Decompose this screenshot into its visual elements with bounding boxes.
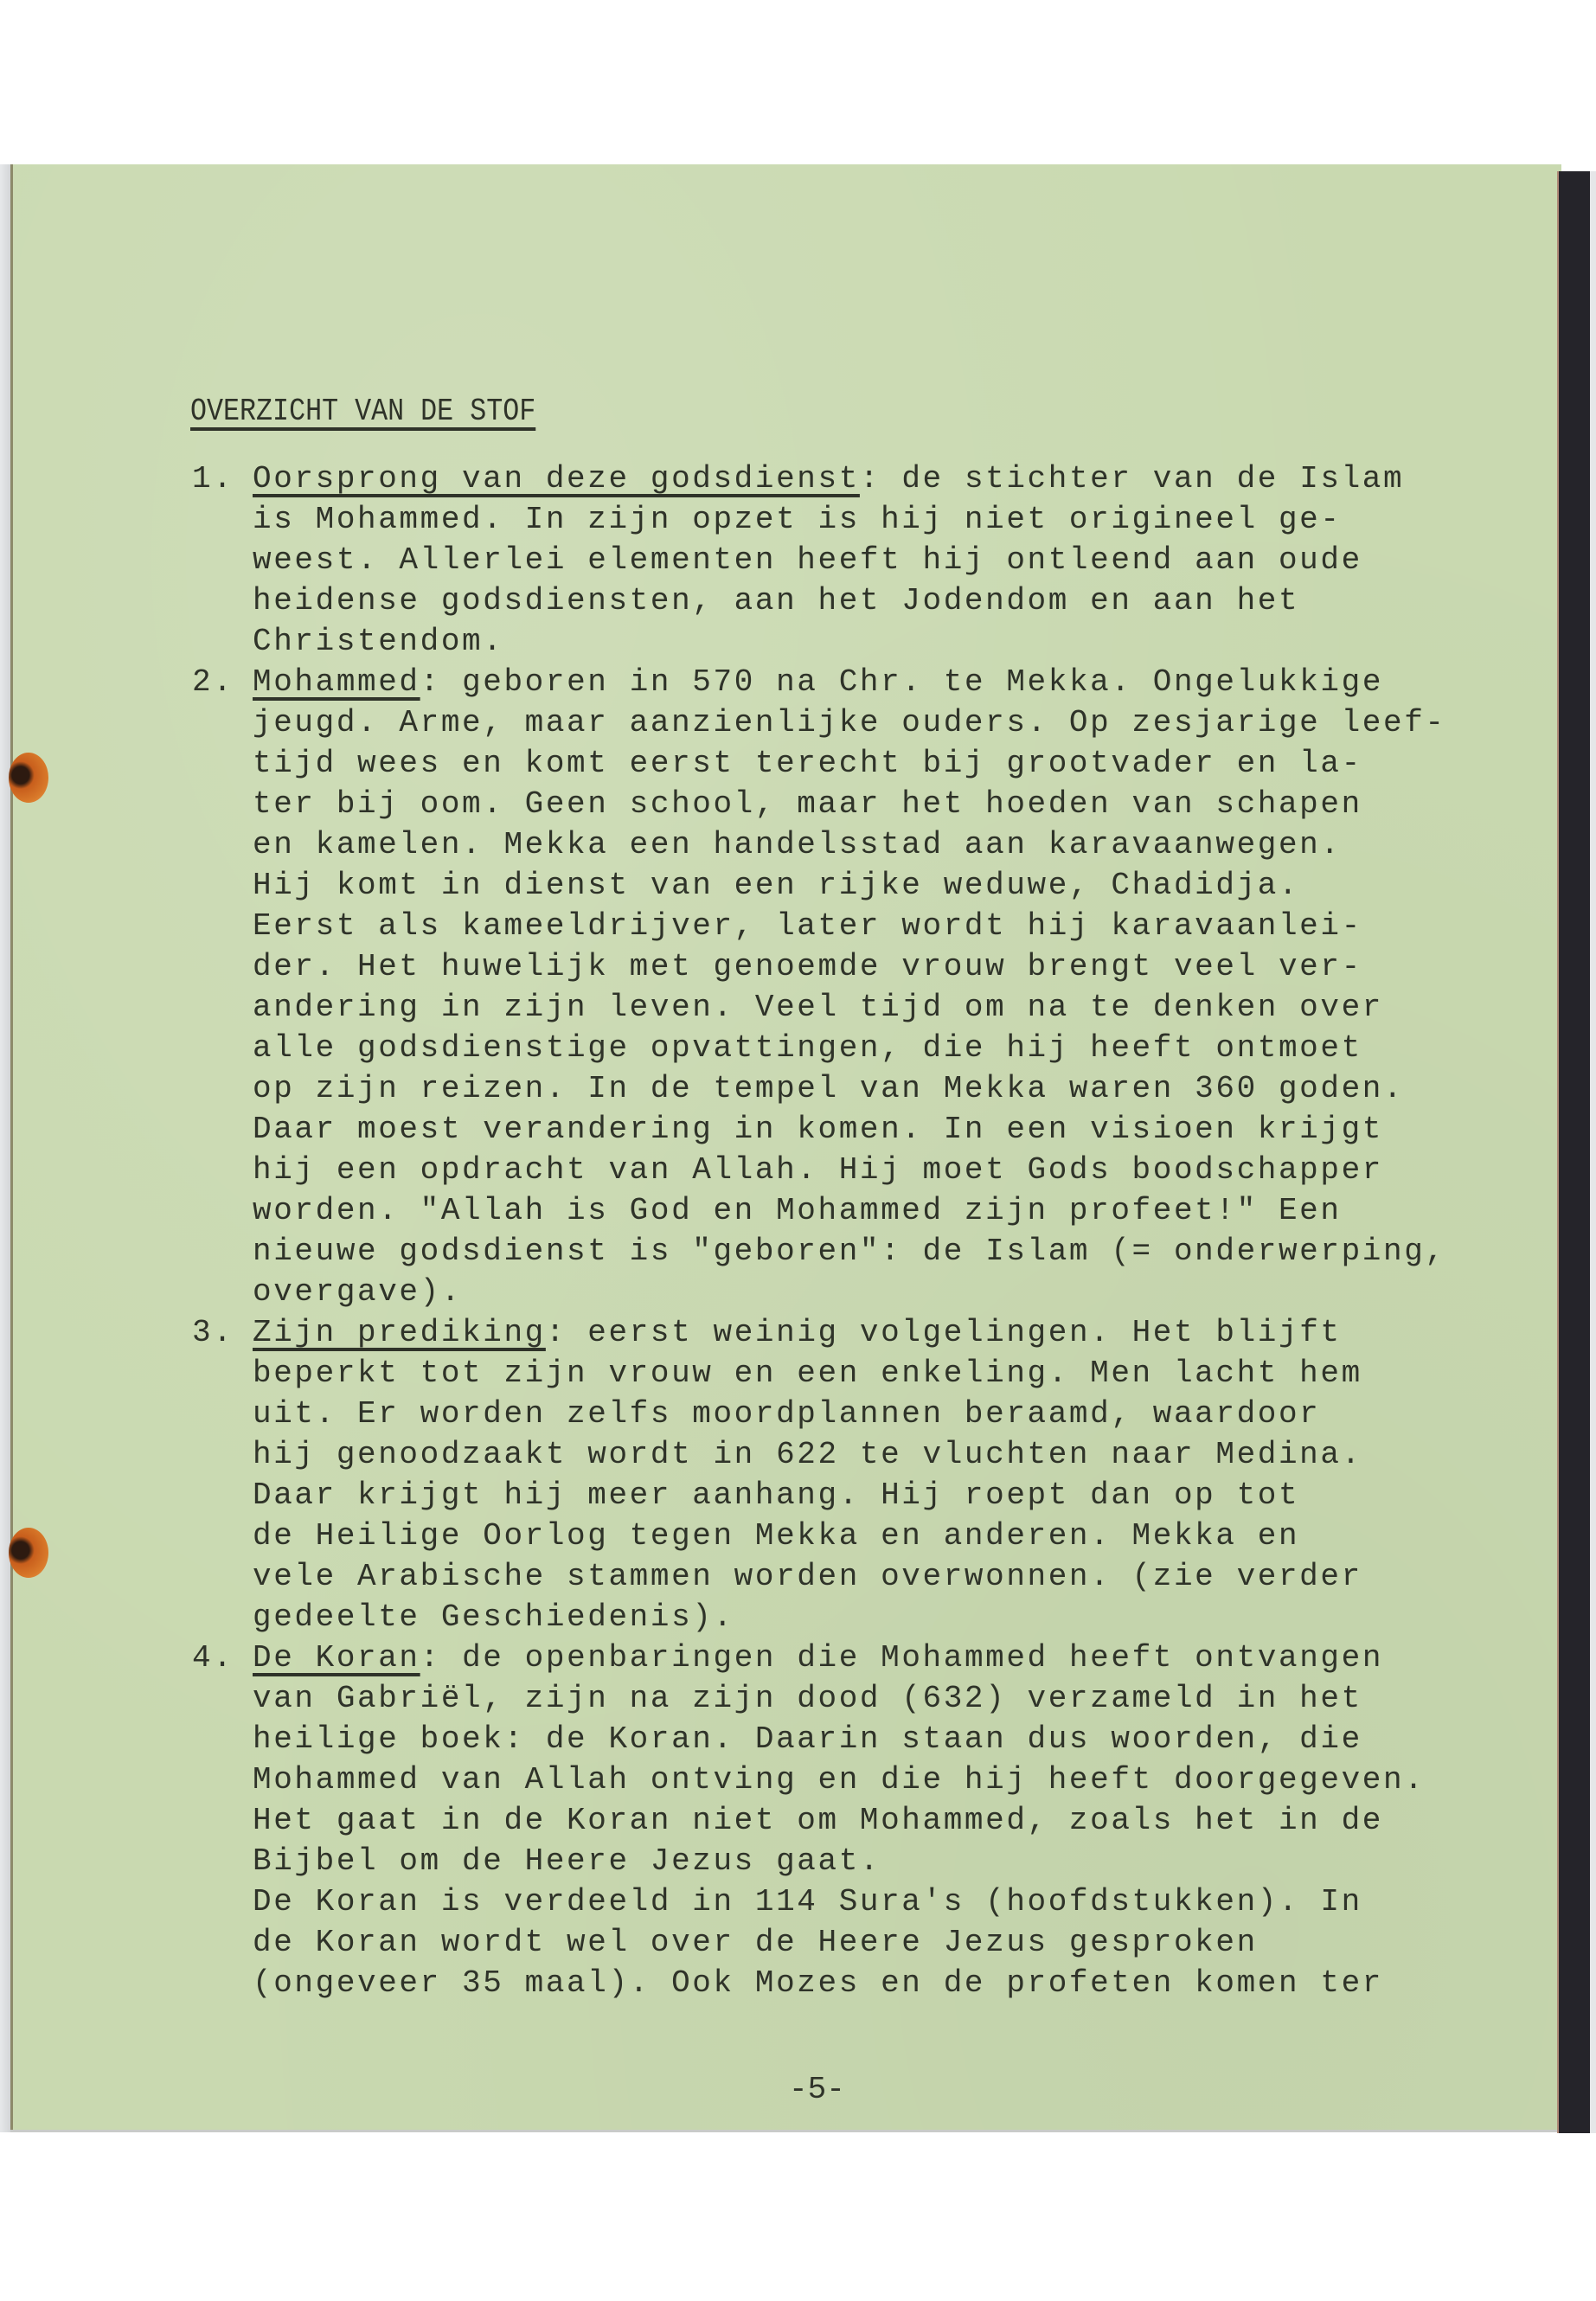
text-line-content: geboren in 570 na Chr. te Mekka. Ongeluk… (462, 664, 1383, 700)
text-line: tijd wees en komt eerst terecht bij groo… (253, 743, 1446, 784)
text-line: vele Arabische stammen worden overwonnen… (253, 1556, 1362, 1597)
text-line: is Mohammed. In zijn opzet is hij niet o… (253, 499, 1404, 540)
text-line: der. Het huwelijk met genoemde vrouw bre… (253, 946, 1446, 987)
text-line: op zijn reizen. In de tempel van Mekka w… (253, 1068, 1446, 1109)
text-line: jeugd. Arme, maar aanzienlijke ouders. O… (253, 702, 1446, 743)
text-line: Christendom. (253, 621, 1404, 662)
text-line: hij genoodzaakt wordt in 622 te vluchten… (253, 1434, 1362, 1475)
text-line: Hij komt in dienst van een rijke weduwe,… (253, 865, 1446, 906)
item-body: Zijn prediking: eerst weinig volgelingen… (253, 1312, 1362, 1638)
item-heading: Oorsprong van deze godsdienst (253, 461, 860, 497)
text-line: van Gabriël, zijn na zijn dood (632) ver… (253, 1678, 1425, 1719)
text-line: en kamelen. Mekka een handelsstad aan ka… (253, 824, 1446, 865)
text-line: ter bij oom. Geen school, maar het hoede… (253, 784, 1446, 824)
text-line: de Heilige Oorlog tegen Mekka en anderen… (253, 1516, 1362, 1556)
item-number: 2. (192, 662, 234, 702)
item-heading: Zijn prediking (253, 1315, 546, 1350)
text-line: (ongeveer 35 maal). Ook Mozes en de prof… (253, 1963, 1425, 2003)
text-line-content: de openbaringen die Mohammed heeft ontva… (462, 1640, 1383, 1676)
text-line: Het gaat in de Koran niet om Mohammed, z… (253, 1800, 1425, 1841)
text-line: andering in zijn leven. Veel tijd om na … (253, 987, 1446, 1028)
text-line: De Koran is verdeeld in 114 Sura's (hoof… (253, 1881, 1425, 1922)
scan-background-edge-right (1590, 171, 1596, 2133)
punch-hole-icon (9, 753, 48, 803)
item-heading: Mohammed (253, 664, 420, 700)
item-number: 4. (192, 1638, 234, 1678)
text-line: Mohammed: geboren in 570 na Chr. te Mekk… (253, 662, 1446, 702)
text-line: weest. Allerlei elementen heeft hij ontl… (253, 540, 1404, 580)
item-number: 3. (192, 1312, 234, 1353)
text-line: uit. Er worden zelfs moordplannen beraam… (253, 1394, 1362, 1434)
document-title: OVERZICHT VAN DE STOF (190, 391, 535, 432)
item-body: De Koran: de openbaringen die Mohammed h… (253, 1638, 1425, 2003)
item-body: Mohammed: geboren in 570 na Chr. te Mekk… (253, 662, 1446, 1312)
text-line: alle godsdienstige opvattingen, die hij … (253, 1028, 1446, 1068)
item-number: 1. (192, 458, 234, 499)
text-line: Eerst als kameeldrijver, later wordt hij… (253, 906, 1446, 946)
text-line: Oorsprong van deze godsdienst: de sticht… (253, 458, 1404, 499)
text-line: nieuwe godsdienst is "geboren": de Islam… (253, 1231, 1446, 1272)
text-line: worden. "Allah is God en Mohammed zijn p… (253, 1190, 1446, 1231)
scan-background-edge (0, 164, 10, 2132)
text-line: De Koran: de openbaringen die Mohammed h… (253, 1638, 1425, 1678)
binder-edge (1557, 171, 1592, 2133)
text-line: Daar krijgt hij meer aanhang. Hij roept … (253, 1475, 1362, 1516)
text-line: heidense godsdiensten, aan het Jodendom … (253, 580, 1404, 621)
text-line: Mohammed van Allah ontving en die hij he… (253, 1759, 1425, 1800)
text-line: de Koran wordt wel over de Heere Jezus g… (253, 1922, 1425, 1963)
text-line: Bijbel om de Heere Jezus gaat. (253, 1841, 1425, 1881)
text-line: beperkt tot zijn vrouw en een enkeling. … (253, 1353, 1362, 1394)
text-line: Zijn prediking: eerst weinig volgelingen… (253, 1312, 1362, 1353)
text-line-content: de stichter van de Islam (901, 461, 1404, 497)
text-line-content: eerst weinig volgelingen. Het blijft (587, 1315, 1341, 1350)
text-line: gedeelte Geschiedenis). (253, 1597, 1362, 1638)
text-line: Daar moest verandering in komen. In een … (253, 1109, 1446, 1150)
text-line: hij een opdracht van Allah. Hij moet God… (253, 1150, 1446, 1190)
item-heading: De Koran (253, 1640, 420, 1676)
item-body: Oorsprong van deze godsdienst: de sticht… (253, 458, 1404, 662)
text-line: heilige boek: de Koran. Daarin staan dus… (253, 1719, 1425, 1759)
punch-hole-icon (9, 1528, 48, 1578)
text-line: overgave). (253, 1272, 1446, 1312)
page-number: -5- (789, 2072, 845, 2107)
